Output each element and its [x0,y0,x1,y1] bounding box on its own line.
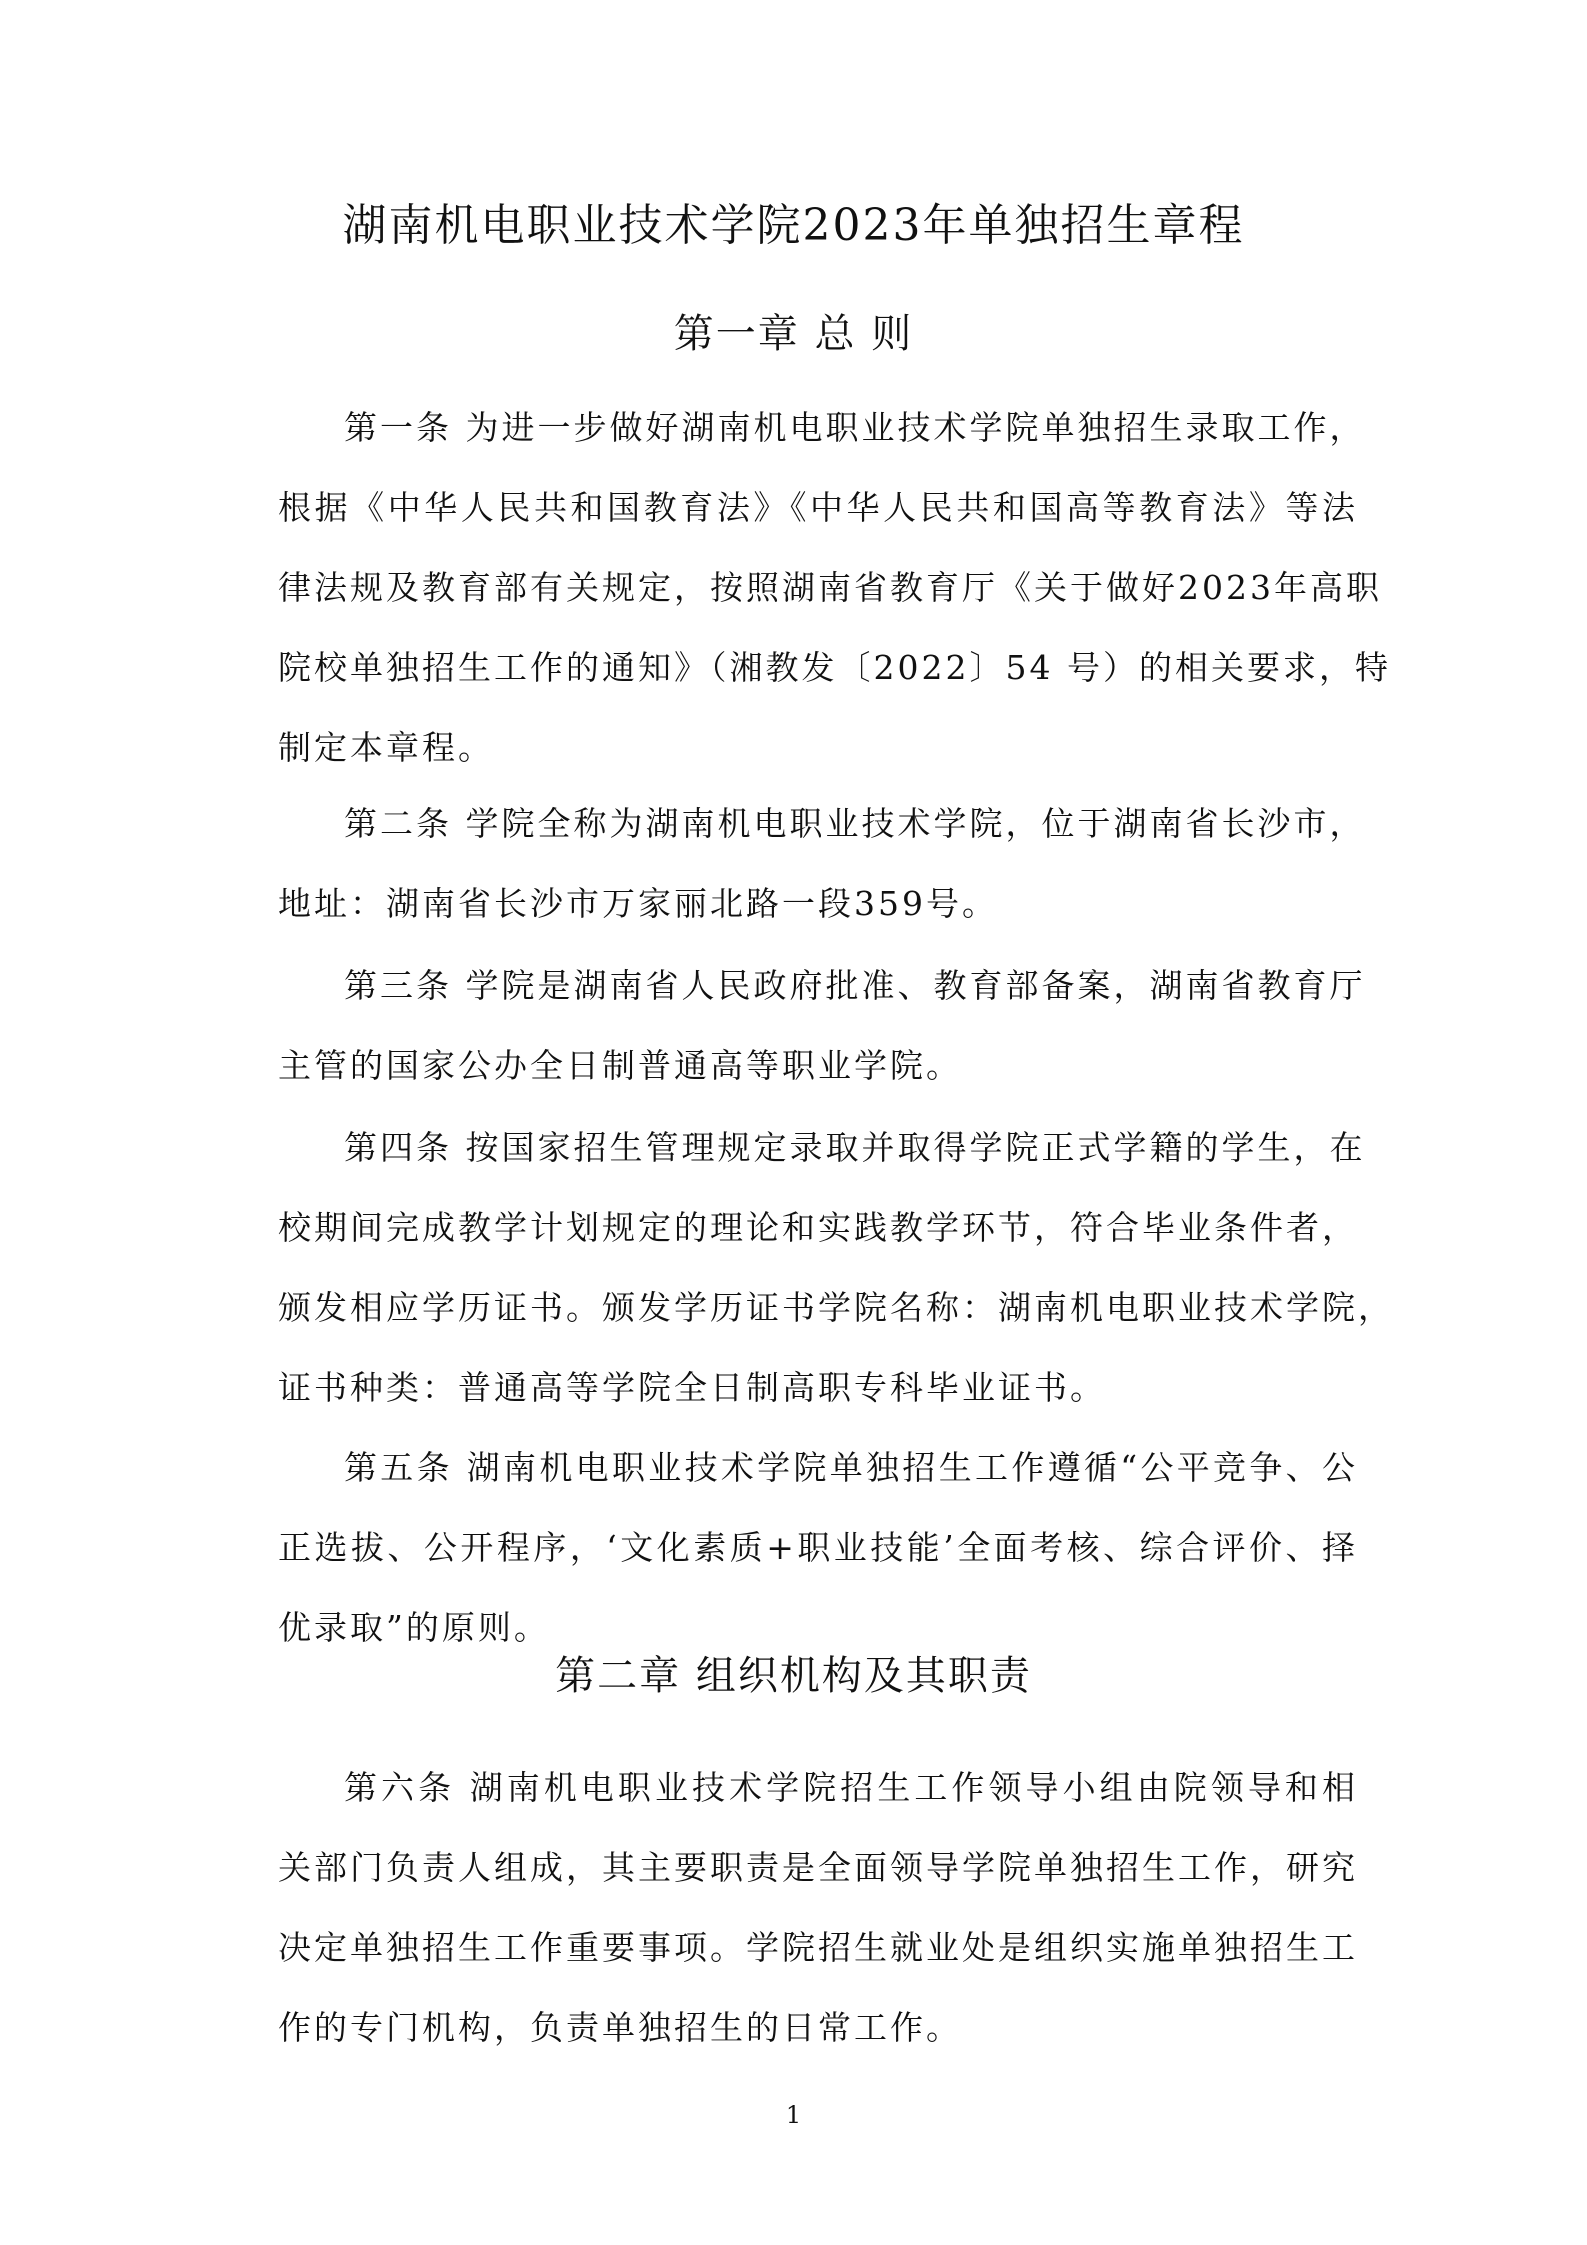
paragraph-line: 地址：湖南省长沙市万家丽北路一段359号。 [278,864,1358,944]
paragraph-line: 证书种类：普通高等学院全日制高职专科毕业证书。 [278,1348,1358,1428]
article-paragraph: 第三条 学院是湖南省人民政府批准、教育部备案，湖南省教育厅 主管的国家公办全日制… [278,946,1358,1106]
paragraph-line: 颁发相应学历证书。颁发学历证书学院名称：湖南机电职业技术学院， [278,1268,1358,1348]
document-page: 湖南机电职业技术学院2023年单独招生章程 第一章 总 则 第一条 为进一步做好… [0,0,1587,2245]
paragraph-line: 正选拔、公开程序，‘文化素质+职业技能’全面考核、综合评价、择 [278,1508,1358,1588]
paragraph-line: 第三条 学院是湖南省人民政府批准、教育部备案，湖南省教育厅 [278,946,1358,1026]
paragraph-line: 律法规及教育部有关规定，按照湖南省教育厅《关于做好2023年高职 [278,548,1358,628]
paragraph-line: 根据《中华人民共和国教育法》《中华人民共和国高等教育法》等法 [278,468,1358,548]
paragraph-line: 第二条 学院全称为湖南机电职业技术学院，位于湖南省长沙市， [278,784,1358,864]
document-title: 湖南机电职业技术学院2023年单独招生章程 [0,196,1587,256]
article-paragraph: 第五条 湖南机电职业技术学院单独招生工作遵循“公平竞争、公 正选拔、公开程序，‘… [278,1428,1358,1668]
article-paragraph: 第二条 学院全称为湖南机电职业技术学院，位于湖南省长沙市， 地址：湖南省长沙市万… [278,784,1358,944]
paragraph-line: 第五条 湖南机电职业技术学院单独招生工作遵循“公平竞争、公 [278,1428,1358,1508]
chapter-heading: 第二章 组织机构及其职责 [0,1648,1587,1704]
paragraph-line: 决定单独招生工作重要事项。学院招生就业处是组织实施单独招生工 [278,1908,1358,1988]
paragraph-line: 制定本章程。 [278,708,1358,788]
paragraph-line: 第一条 为进一步做好湖南机电职业技术学院单独招生录取工作， [278,388,1358,468]
paragraph-line: 作的专门机构，负责单独招生的日常工作。 [278,1988,1358,2068]
paragraph-line: 关部门负责人组成，其主要职责是全面领导学院单独招生工作，研究 [278,1828,1358,1908]
article-paragraph: 第一条 为进一步做好湖南机电职业技术学院单独招生录取工作， 根据《中华人民共和国… [278,388,1358,788]
paragraph-line: 第四条 按国家招生管理规定录取并取得学院正式学籍的学生，在 [278,1108,1358,1188]
paragraph-line: 院校单独招生工作的通知》（湘教发〔2022〕54 号）的相关要求，特 [278,628,1358,708]
chapter-heading: 第一章 总 则 [0,306,1587,362]
paragraph-line: 主管的国家公办全日制普通高等职业学院。 [278,1026,1358,1106]
article-paragraph: 第六条 湖南机电职业技术学院招生工作领导小组由院领导和相 关部门负责人组成，其主… [278,1748,1358,2068]
page-number: 1 [0,2100,1587,2130]
article-paragraph: 第四条 按国家招生管理规定录取并取得学院正式学籍的学生，在 校期间完成教学计划规… [278,1108,1358,1428]
paragraph-line: 第六条 湖南机电职业技术学院招生工作领导小组由院领导和相 [278,1748,1358,1828]
paragraph-line: 校期间完成教学计划规定的理论和实践教学环节，符合毕业条件者， [278,1188,1358,1268]
